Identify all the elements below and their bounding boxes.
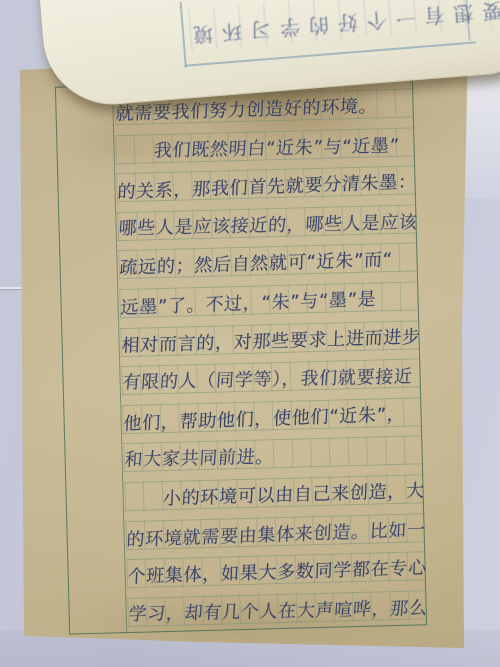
handwritten-line: 他们，帮助他们，使他们“近朱”， <box>122 397 422 434</box>
desk-seam-line <box>0 287 22 289</box>
handwriting: 他们，帮助他们，使他们“近朱”， <box>123 400 406 436</box>
handwritten-line: 学习，却有几个人在大声喧哗，那么 <box>127 590 427 627</box>
handwriting: 有限的人（同学等），我们就要接近 <box>122 362 414 394</box>
handwritten-line: 相对而言的，对那些要求上进而进步 <box>120 320 420 357</box>
handwriting: 小的环境可以由自己来创造，大 <box>125 477 425 512</box>
handwriting: 相对而言的，对那些要求上进而进步 <box>121 322 421 357</box>
handwriting: 疏远的；然后自然就可“近朱”而“ <box>119 246 393 280</box>
handwritten-line: 的关系，那我们首先就要分清朱墨： <box>116 166 416 203</box>
text-area: 就需要我们努力创造好的环境。 我们既然明白“近朱”与“近墨” 的关系，那我们首先… <box>114 88 427 636</box>
handwriting: 哪些人是应该接近的，哪些人是应该 <box>118 208 419 240</box>
handwritten-line: 远墨”了。不过，“朱”与“墨”是 <box>119 281 419 318</box>
handwritten-line: 和大家共同前进。 <box>123 436 423 473</box>
handwritten-line: 我们既然明白“近朱”与“近墨” <box>115 127 415 164</box>
handwriting: 远墨”了。不过，“朱”与“墨”是 <box>120 285 377 320</box>
notebook-page: 就需要我们努力创造好的环境。 我们既然明白“近朱”与“近墨” 的关系，那我们首先… <box>0 0 500 667</box>
handwriting: 个班集体，如果大多数同学都在专心 <box>127 554 427 589</box>
handwriting: 我们既然明白“近朱”与“近墨” <box>116 131 401 163</box>
photo-scene: 就需要我们努力创造好的环境。 我们既然明白“近朱”与“近墨” 的关系，那我们首先… <box>0 0 500 667</box>
handwriting: 学习，却有几个人在大声喧哗，那么 <box>128 594 429 626</box>
handwritten-line: 有限的人（同学等），我们就要接近 <box>121 358 421 395</box>
handwritten-line: 小的环境可以由自己来创造，大 <box>124 474 424 511</box>
handwritten-line: 疏远的；然后自然就可“近朱”而“ <box>118 243 418 280</box>
grid-frame: 就需要我们努力创造好的环境。 我们既然明白“近朱”与“近墨” 的关系，那我们首先… <box>55 77 427 634</box>
handwritten-line: 的环境就需要由集体来创造。比如一 <box>125 513 425 550</box>
handwritten-line: 哪些人是应该接近的，哪些人是应该 <box>117 204 417 241</box>
handwriting: 的关系，那我们首先就要分清朱墨： <box>117 168 417 204</box>
handwriting: 的环境就需要由集体来创造。比如一 <box>126 515 426 551</box>
handwriting: 和大家共同前进。 <box>124 443 275 472</box>
handwritten-line: 个班集体，如果大多数同学都在专心 <box>126 551 426 588</box>
